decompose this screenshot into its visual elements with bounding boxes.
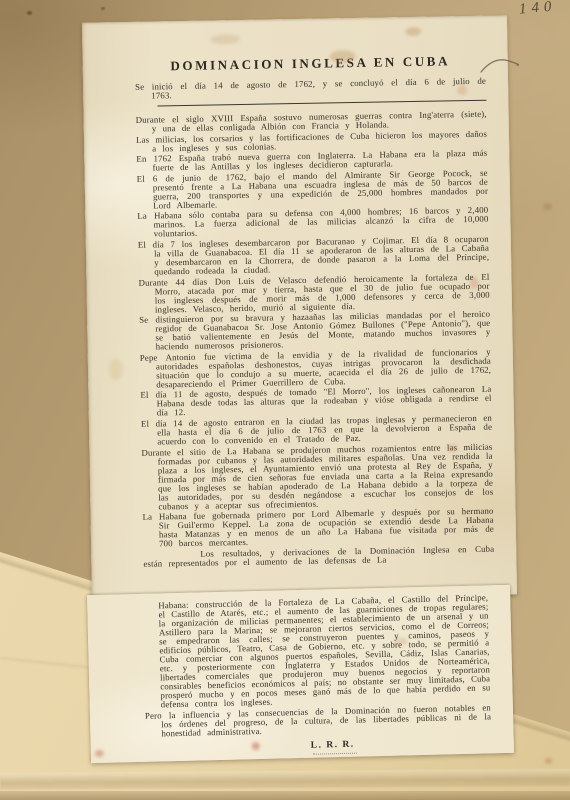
pencil-mark xyxy=(479,53,519,79)
signature-underline-dots xyxy=(313,753,357,755)
article-paragraph: El 6 de junio de 1762, bajo el mando del… xyxy=(137,168,489,210)
article-paragraph: Durante el sitio de La Habana se produje… xyxy=(141,442,493,511)
article-signature: L. R. R. xyxy=(311,740,355,751)
article-paragraph: Habana: construcción de la Fortaleza de … xyxy=(142,593,491,709)
article-title: DOMINACION INGLESA EN CUBA xyxy=(135,54,486,74)
article-paragraph: La Habana fue gobernada primero por Lord… xyxy=(143,507,495,549)
scrapbook-board: DOMINACION INGLESA EN CUBA Se inició el … xyxy=(0,0,570,800)
clipping-lower: Habana: construcción de la Fortaleza de … xyxy=(87,585,514,763)
stain xyxy=(210,34,240,45)
stain xyxy=(251,742,259,750)
handwritten-page-number: 140 xyxy=(518,0,557,19)
album-page-bottom-edge xyxy=(0,791,570,800)
article-text-column-continued: Habana: construcción de la Fortaleza de … xyxy=(142,593,491,738)
article-paragraph: Pepe Antonio fue víctima de la envidia y… xyxy=(140,347,492,389)
article-paragraph: Se distinguieron por su bravura y hazaañ… xyxy=(139,310,491,352)
divider-rule xyxy=(157,100,486,107)
article-intro: Se inició el día 14 de agosto de 1762, y… xyxy=(135,77,486,101)
article-paragraph: Durante 44 días Don Luis de Velasco defe… xyxy=(138,272,490,314)
stain xyxy=(101,7,105,10)
stain xyxy=(27,11,32,15)
article-text-column: Se inició el día 14 de agosto de 1762, y… xyxy=(135,77,494,569)
clipping-upper: DOMINACION INGLESA EN CUBA Se inició el … xyxy=(82,15,517,601)
stain xyxy=(405,27,421,36)
stain xyxy=(109,358,123,380)
stain xyxy=(95,749,104,756)
article-paragraph: El día 7 los ingleses desembarcaron por … xyxy=(138,235,490,277)
stain xyxy=(543,203,552,210)
